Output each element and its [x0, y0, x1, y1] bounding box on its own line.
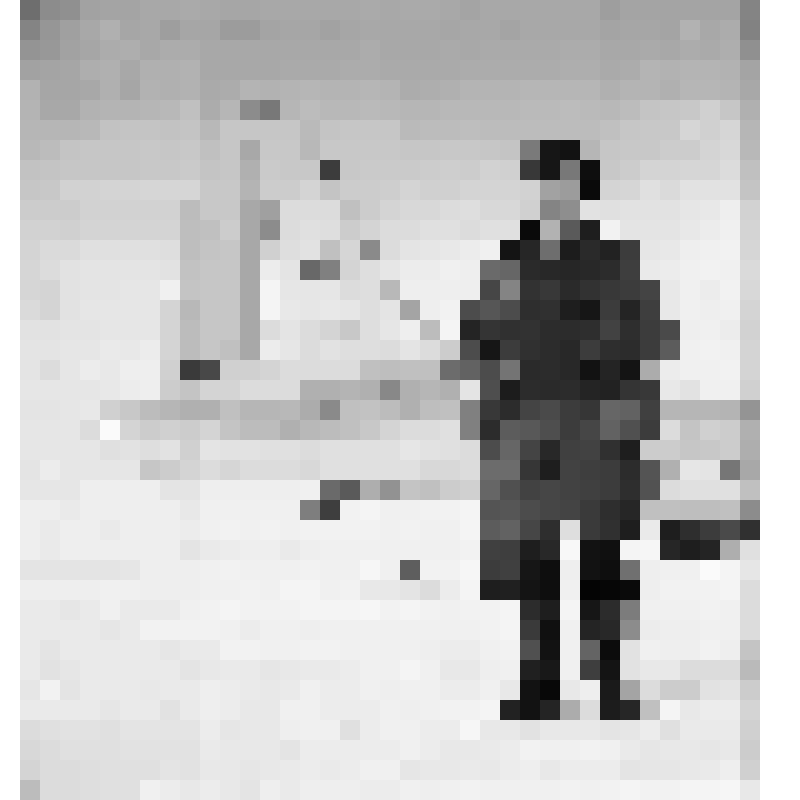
photo-frame: [0, 0, 800, 800]
pixelated-photo: [0, 0, 800, 800]
